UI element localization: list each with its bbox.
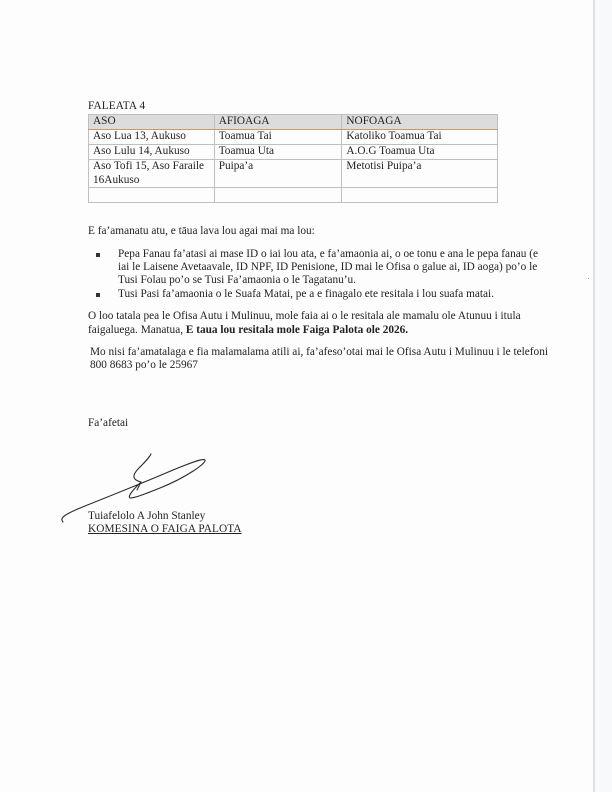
cell-date: Aso Tofi 15, Aso Faraile 16Aukuso [89,160,215,188]
cell-village [214,188,342,203]
table-row: Aso Lulu 14, Aukuso Toamua Uta A.O.G Toa… [89,145,498,160]
contact-paragraph: Mo nisi fa’amatalaga e fia malamalama at… [90,346,548,373]
header-nofoaga: NOFOAGA [342,115,498,130]
intro-text: E fa’amanatu atu, e tāua lava lou agai m… [88,225,548,238]
cell-venue: Katoliko Toamua Tai [342,130,498,145]
section-title: FALEATA 4 [88,100,548,113]
header-aso: ASO [89,115,215,130]
cell-village: Toamua Tai [214,130,342,145]
scan-speck [588,278,589,279]
cell-venue: Metotisi Puipa’a [342,160,498,188]
cell-date: Aso Lua 13, Aukuso [89,130,215,145]
office-open-paragraph: O loo tatala pea le Ofisa Autu i Mulinuu… [88,310,548,337]
table-row-empty [89,188,498,203]
requirements-list: Pepa Fanau fa’atasi ai mase ID o iai lou… [88,248,548,302]
list-item: Tusi Pasi fa’amaonia o le Suafa Matai, p… [118,288,548,301]
closing-text: Fa’afetai [88,417,548,430]
signatory-name: Tuiafelolo A John Stanley [88,510,205,523]
scan-margin [595,0,612,792]
registration-reminder: E taua lou resitala mole Faiga Palota ol… [186,324,408,336]
signatory-title: KOMESINA O FAIGA PALOTA [88,523,242,536]
cell-venue [342,188,498,203]
square-bullet-icon [96,293,100,297]
cell-date: Aso Lulu 14, Aukuso [89,145,215,160]
table-row: Aso Tofi 15, Aso Faraile 16Aukuso Puipa’… [89,160,498,188]
table-header-row: ASO AFIOAGA NOFOAGA [89,115,498,130]
cell-village: Toamua Uta [214,145,342,160]
requirement-text: Tusi Pasi fa’amaonia o le Suafa Matai, p… [118,288,494,300]
square-bullet-icon [96,253,100,257]
requirement-text: Pepa Fanau fa’atasi ai mase ID o iai lou… [118,248,538,287]
cell-village: Puipa’a [214,160,342,188]
cell-date [89,188,215,203]
table-row: Aso Lua 13, Aukuso Toamua Tai Katoliko T… [89,130,498,145]
schedule-table: ASO AFIOAGA NOFOAGA Aso Lua 13, Aukuso T… [88,114,498,203]
header-afioaga: AFIOAGA [214,115,342,130]
list-item: Pepa Fanau fa’atasi ai mase ID o iai lou… [118,248,548,288]
document-page: FALEATA 4 ASO AFIOAGA NOFOAGA Aso Lua 13… [88,100,548,430]
signature-block: Tuiafelolo A John Stanley KOMESINA O FAI… [88,460,388,540]
cell-venue: A.O.G Toamua Uta [342,145,498,160]
